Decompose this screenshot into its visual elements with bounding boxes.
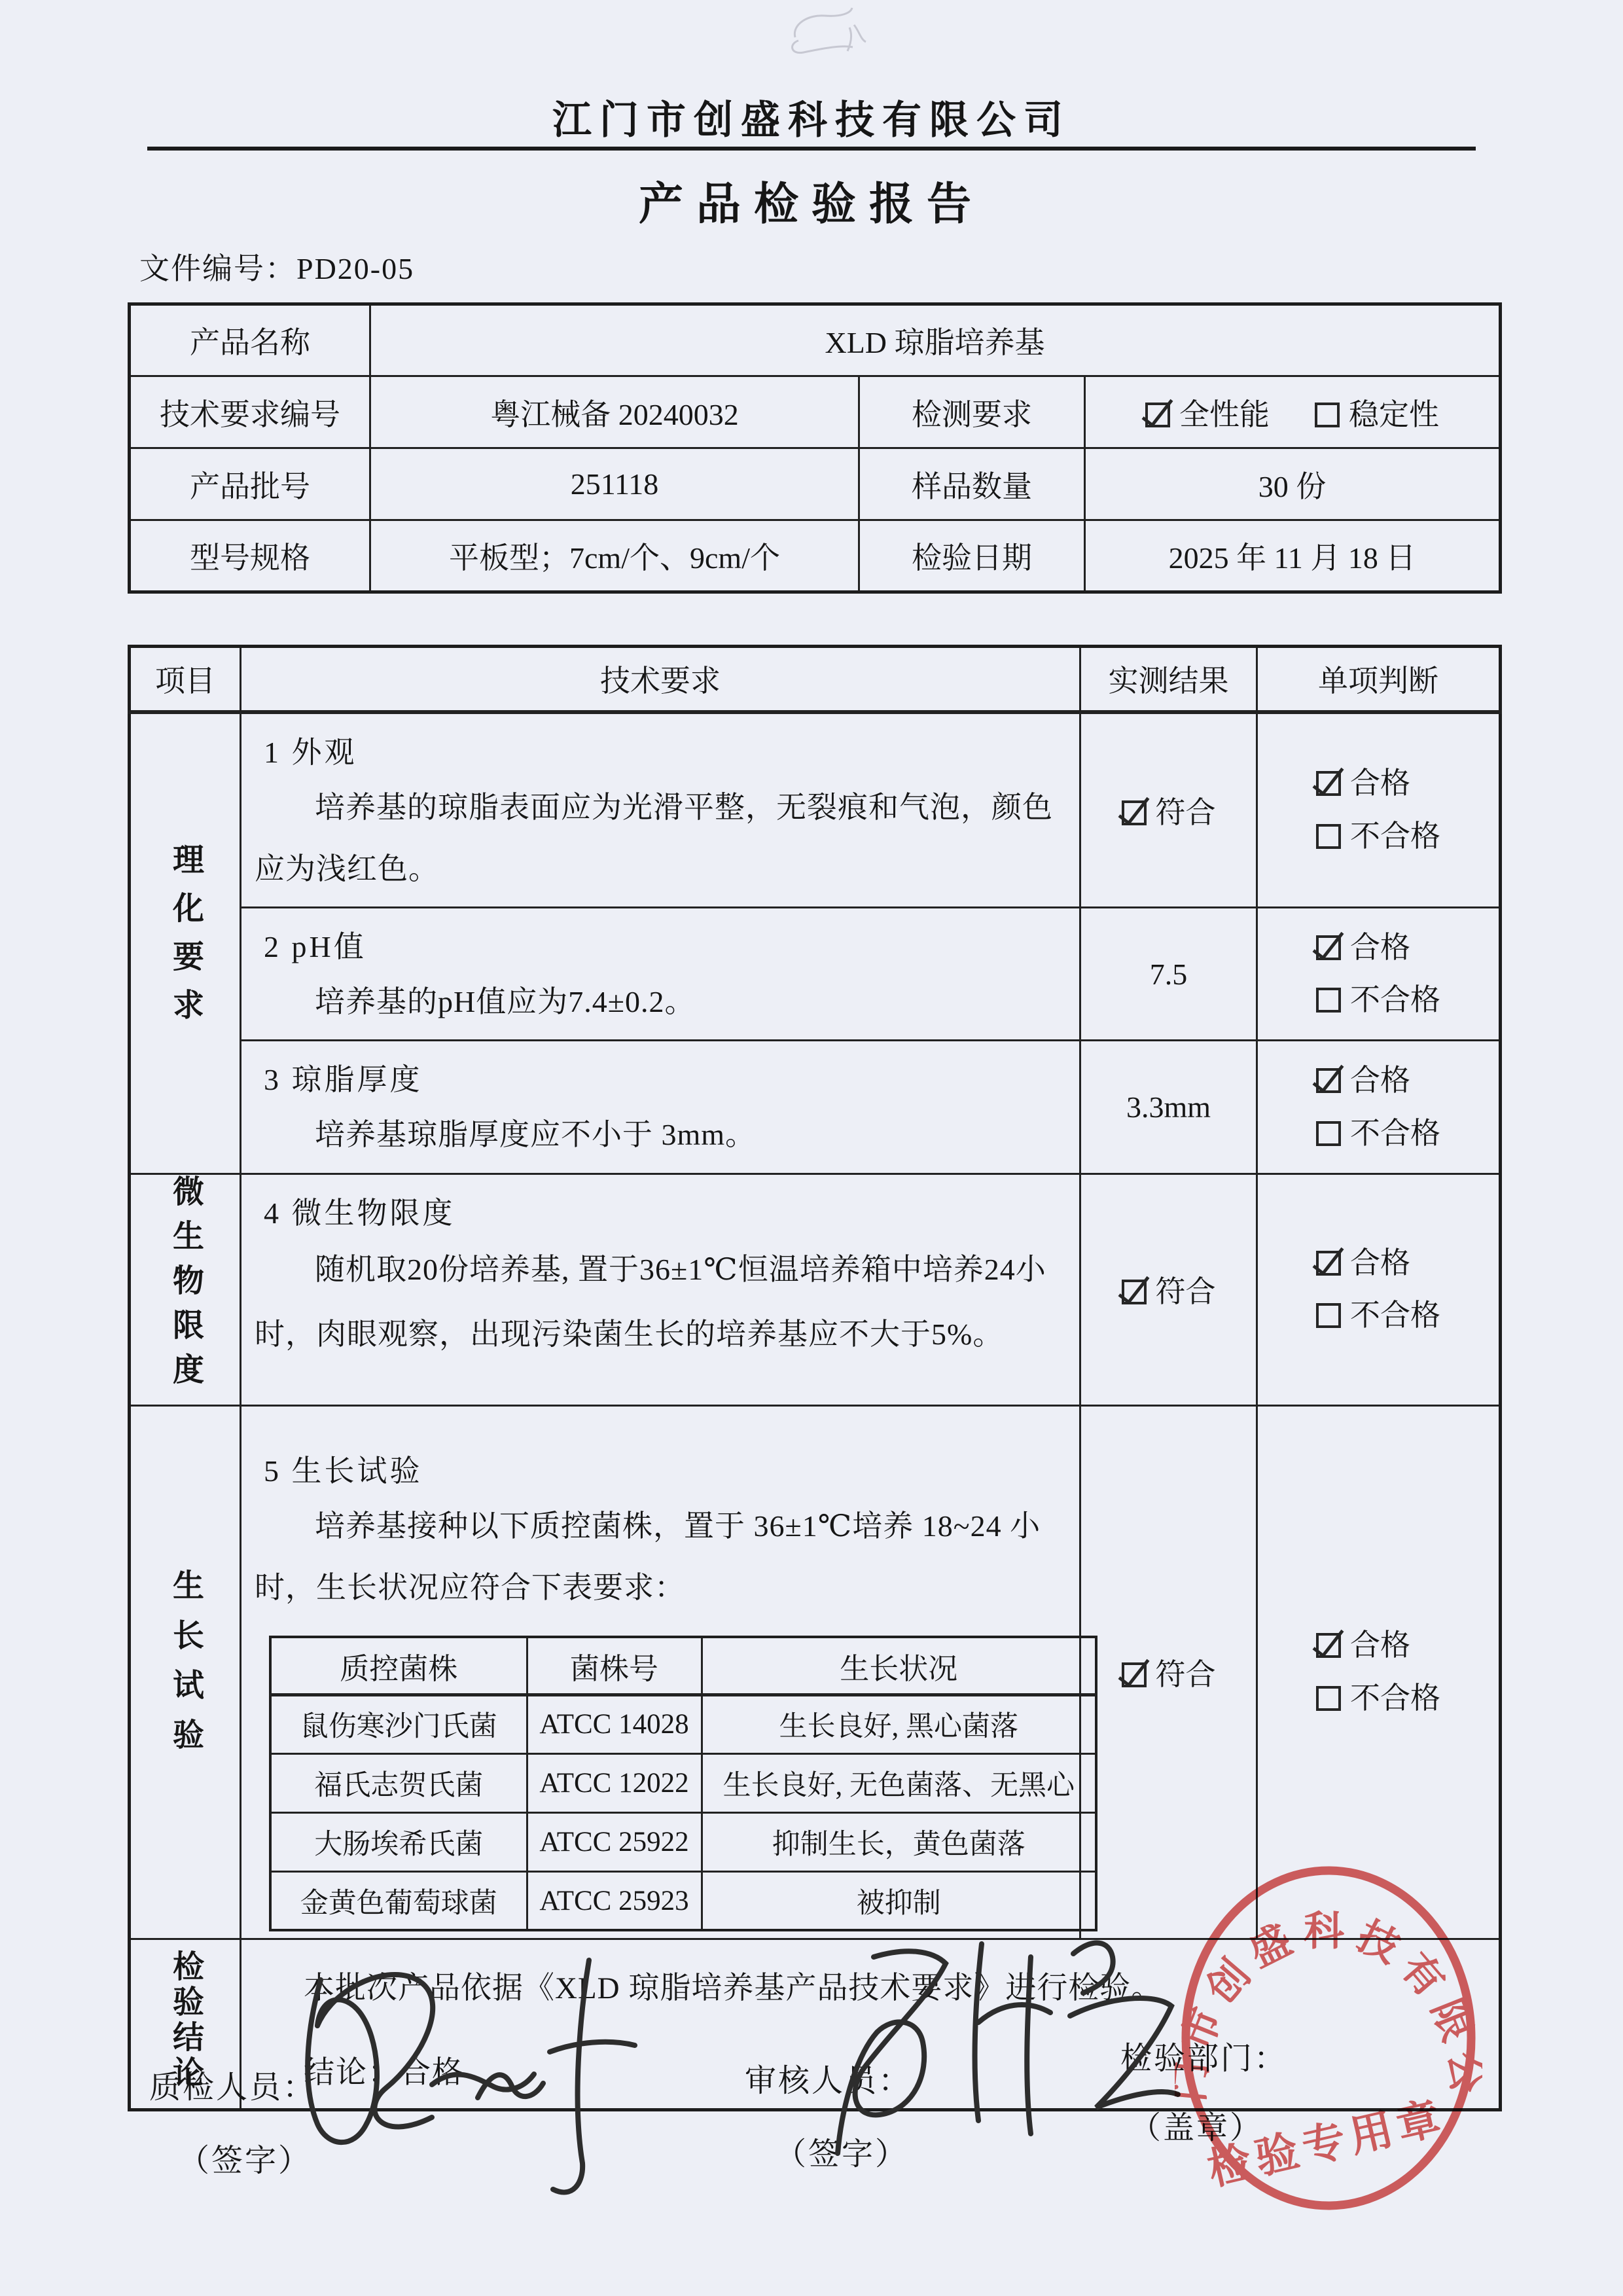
requirement-micro: 4 微生物限度 随机取20份培养基, 置于36±1℃恒温培养箱中培养24小时，肉…: [241, 1174, 1080, 1405]
requirement-body: 培养基的琼脂表面应为光滑平整，无裂痕和气泡，颜色应为浅红色。: [255, 777, 1066, 901]
document-number-label: 文件编号：: [139, 252, 296, 285]
requirement-body: 培养基接种以下质控菌株，置于 36±1℃培养 18~24 小时，生长状况应符合下…: [255, 1496, 1066, 1619]
strain-status: 抑制生长，黄色菌落: [702, 1812, 1096, 1871]
strain-name: 金黄色葡萄球菌: [270, 1871, 527, 1930]
requirement-body: 随机取20份培养基, 置于36±1℃恒温培养箱中培养24小时，肉眼观察，出现污染…: [255, 1238, 1066, 1367]
svg-text:江门市创盛科技有限公司: 江门市创盛科技有限公司: [1175, 1860, 1482, 2104]
judgment-ph: 合格 不合格: [1257, 908, 1501, 1041]
test-req-option-stability: 稳定性: [1349, 398, 1439, 431]
checkbox-checked-icon: [1316, 1633, 1341, 1658]
judgment-fail-label: 不合格: [1350, 983, 1440, 1016]
judgment-fail-label: 不合格: [1350, 819, 1440, 853]
result-label: 符合: [1156, 1658, 1216, 1691]
header-item: 项目: [130, 647, 241, 712]
judgment-thickness: 合格 不合格: [1257, 1041, 1501, 1174]
requirement-title: 2 pH值: [264, 923, 1066, 966]
test-req-label: 检测要求: [859, 376, 1085, 448]
strain-header-number: 菌株号: [527, 1637, 702, 1695]
document-number-value: PD20-05: [296, 252, 414, 285]
result-ph: 7.5: [1080, 908, 1257, 1041]
document-number: 文件编号：PD20-05: [139, 245, 414, 288]
header-judgment: 单项判断: [1257, 647, 1501, 712]
test-req-options: 全性能 稳定性: [1085, 376, 1501, 448]
strain-header-name: 质控菌株: [270, 1637, 527, 1695]
sample-qty-value: 30 份: [1085, 448, 1501, 520]
table-row: 3 琼脂厚度 培养基琼脂厚度应不小于 3mm。 3.3mm 合格 不合格: [130, 1041, 1501, 1174]
requirement-title: 5 生长试验: [264, 1447, 1066, 1490]
strain-number: ATCC 25922: [527, 1812, 702, 1871]
qc-signature-image: [281, 1934, 687, 2222]
judgment-fail-label: 不合格: [1350, 1117, 1440, 1150]
judgment-growth: 合格 不合格: [1257, 1405, 1501, 1939]
checkbox-unchecked-icon: [1316, 1303, 1341, 1328]
result-label: 符合: [1156, 796, 1216, 829]
table-row: 2 pH值 培养基的pH值应为7.4±0.2。 7.5 合格 不合格: [130, 908, 1501, 1041]
strain-row: 福氏志贺氏菌 ATCC 12022 生长良好, 无色菌落、无黑心: [270, 1753, 1096, 1812]
checkbox-checked-icon: [1122, 800, 1147, 825]
company-title: 江门市创盛科技有限公司: [0, 89, 1623, 145]
checkbox-unchecked-icon: [1316, 1686, 1341, 1711]
table-row: 生长试验 5 生长试验 培养基接种以下质控菌株，置于 36±1℃培养 18~24…: [130, 1405, 1501, 1939]
batch-label: 产品批号: [130, 448, 370, 520]
strain-number: ATCC 14028: [527, 1695, 702, 1753]
checkbox-checked-icon: [1316, 1068, 1341, 1093]
checkbox-unchecked-icon: [1316, 988, 1341, 1013]
judgment-pass-label: 合格: [1350, 766, 1410, 800]
judgment-pass-label: 合格: [1350, 931, 1410, 964]
table-row: 理化要求 1 外观 培养基的琼脂表面应为光滑平整，无裂痕和气泡，颜色应为浅红色。…: [130, 712, 1501, 908]
product-name-value: XLD 琼脂培养基: [370, 304, 1501, 376]
checkbox-checked-icon: [1316, 935, 1341, 960]
table-header-row: 项目 技术要求 实测结果 单项判断: [130, 647, 1501, 712]
judgment-pass-label: 合格: [1350, 1246, 1410, 1280]
checkbox-unchecked-icon: [1316, 1121, 1341, 1146]
requirement-ph: 2 pH值 培养基的pH值应为7.4±0.2。: [241, 908, 1080, 1041]
product-info-table: 产品名称 XLD 琼脂培养基 技术要求编号 粤江械备 20240032 检测要求…: [128, 302, 1502, 594]
stamp-ring-text: 江门市创盛科技有限公司: [1175, 1860, 1482, 2104]
judgment-appearance: 合格 不合格: [1257, 712, 1501, 908]
table-row: 微生物限度 4 微生物限度 随机取20份培养基, 置于36±1℃恒温培养箱中培养…: [130, 1174, 1501, 1405]
model-value: 平板型；7cm/个、9cm/个: [370, 520, 859, 592]
result-label: 符合: [1156, 1275, 1216, 1308]
scan-artifact-mark: [779, 1, 890, 60]
scanned-report-page: 江门市创盛科技有限公司 产品检验报告 文件编号：PD20-05 产品名称 XLD…: [0, 0, 1623, 2296]
report-title: 产品检验报告: [0, 169, 1623, 232]
table-row: 型号规格 平板型；7cm/个、9cm/个 检验日期 2025 年 11 月 18…: [130, 520, 1501, 592]
date-value: 2025 年 11 月 18 日: [1085, 520, 1501, 592]
header-result: 实测结果: [1080, 647, 1257, 712]
judgment-micro: 合格 不合格: [1257, 1174, 1501, 1405]
sample-qty-label: 样品数量: [859, 448, 1085, 520]
judgment-fail-label: 不合格: [1350, 1299, 1440, 1332]
checkbox-checked-icon: [1122, 1280, 1147, 1304]
table-row: 产品名称 XLD 琼脂培养基: [130, 304, 1501, 376]
requirement-appearance: 1 外观 培养基的琼脂表面应为光滑平整，无裂痕和气泡，颜色应为浅红色。: [241, 712, 1080, 908]
judgment-fail-label: 不合格: [1350, 1681, 1440, 1715]
requirement-body: 培养基琼脂厚度应不小于 3mm。: [255, 1104, 1066, 1166]
strain-name: 鼠伤寒沙门氏菌: [270, 1695, 527, 1753]
stamp-center-text: 检验专用章: [1204, 2094, 1450, 2195]
strain-name: 大肠埃希氏菌: [270, 1812, 527, 1871]
strain-header-status: 生长状况: [702, 1637, 1096, 1695]
reviewer-signature-image: [815, 1918, 1194, 2193]
inspection-stamp: 江门市创盛科技有限公司 检验专用章: [1175, 1860, 1482, 2217]
requirement-thickness: 3 琼脂厚度 培养基琼脂厚度应不小于 3mm。: [241, 1041, 1080, 1174]
requirement-title: 3 琼脂厚度: [264, 1056, 1066, 1099]
strain-status: 生长良好, 无色菌落、无黑心: [702, 1753, 1096, 1812]
strain-header-row: 质控菌株 菌株号 生长状况: [270, 1637, 1096, 1695]
result-growth: 符合: [1080, 1405, 1257, 1939]
strain-row: 大肠埃希氏菌 ATCC 25922 抑制生长，黄色菌落: [270, 1812, 1096, 1871]
group-label-micro: 微生物限度: [130, 1174, 241, 1405]
checkbox-unchecked-icon: [1315, 403, 1340, 427]
requirement-title: 1 外观: [264, 728, 1066, 772]
checkbox-checked-icon: [1316, 1251, 1341, 1276]
date-label: 检验日期: [859, 520, 1085, 592]
group-label-growth: 生长试验: [130, 1405, 241, 1939]
title-divider: [147, 147, 1476, 151]
model-label: 型号规格: [130, 520, 370, 592]
strain-status: 生长良好, 黑心菌落: [702, 1695, 1096, 1753]
test-req-option-full: 全性能: [1179, 398, 1270, 431]
header-requirement: 技术要求: [241, 647, 1080, 712]
tech-req-no-label: 技术要求编号: [130, 376, 370, 448]
result-micro: 符合: [1080, 1174, 1257, 1405]
judgment-pass-label: 合格: [1350, 1628, 1410, 1662]
requirement-body: 培养基的pH值应为7.4±0.2。: [255, 971, 1066, 1033]
judgment-pass-label: 合格: [1350, 1064, 1410, 1097]
checkbox-checked-icon: [1316, 771, 1341, 796]
result-appearance: 符合: [1080, 712, 1257, 908]
strain-row: 鼠伤寒沙门氏菌 ATCC 14028 生长良好, 黑心菌落: [270, 1695, 1096, 1753]
product-name-label: 产品名称: [130, 304, 370, 376]
requirement-title: 4 微生物限度: [264, 1189, 1066, 1232]
checkbox-checked-icon: [1145, 403, 1170, 427]
checkbox-unchecked-icon: [1316, 824, 1341, 849]
group-label-physchem: 理化要求: [130, 712, 241, 1174]
batch-value: 251118: [370, 448, 859, 520]
checkbox-checked-icon: [1122, 1662, 1147, 1687]
strain-number: ATCC 25923: [527, 1871, 702, 1930]
table-row: 技术要求编号 粤江械备 20240032 检测要求 全性能 稳定性: [130, 376, 1501, 448]
result-thickness: 3.3mm: [1080, 1041, 1257, 1174]
requirement-growth: 5 生长试验 培养基接种以下质控菌株，置于 36±1℃培养 18~24 小时，生…: [241, 1405, 1080, 1939]
strain-name: 福氏志贺氏菌: [270, 1753, 527, 1812]
tech-req-no-value: 粤江械备 20240032: [370, 376, 859, 448]
table-row: 产品批号 251118 样品数量 30 份: [130, 448, 1501, 520]
strain-table: 质控菌株 菌株号 生长状况 鼠伤寒沙门氏菌 ATCC 14028 生长良好, 黑…: [269, 1636, 1097, 1931]
strain-number: ATCC 12022: [527, 1753, 702, 1812]
